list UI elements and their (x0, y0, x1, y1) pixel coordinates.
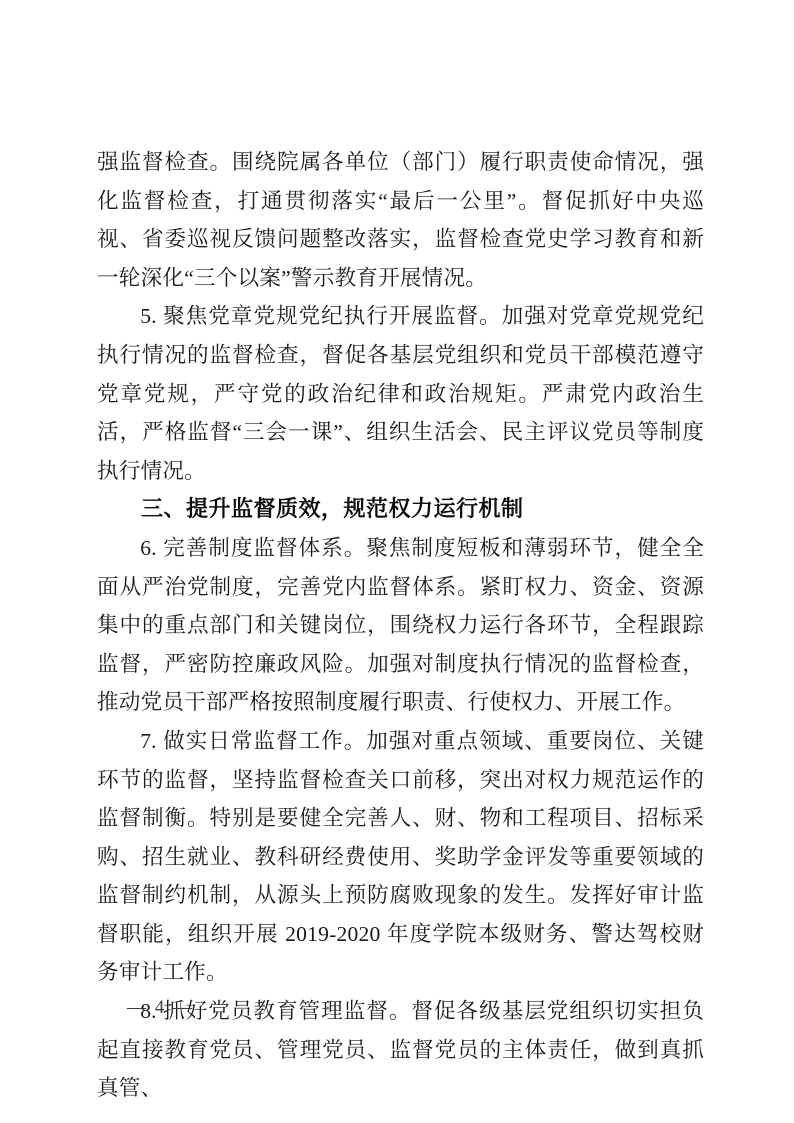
paragraph-item-7: 7. 做实日常监督工作。加强对重点领域、重要岗位、关键环节的监督，坚持监督检查关… (97, 722, 704, 992)
paragraph-item-6: 6. 完善制度监督体系。聚焦制度短板和薄弱环节，健全全面从严治党制度，完善党内监… (97, 529, 704, 722)
section-heading-3: 三、提升监督质效，规范权力运行机制 (97, 490, 704, 529)
paragraph-item-5: 5. 聚焦党章党规党纪执行开展监督。加强对党章党规党纪执行情况的监督检查，督促各… (97, 297, 704, 490)
document-page: 强监督检查。围绕院属各单位（部门）履行职责使命情况，强化监督检查，打通贯彻落实“… (0, 0, 794, 1123)
paragraph-continuation: 强监督检查。围绕院属各单位（部门）履行职责使命情况，强化监督检查，打通贯彻落实“… (97, 143, 704, 297)
document-body: 强监督检查。围绕院属各单位（部门）履行职责使命情况，强化监督检查，打通贯彻落实“… (97, 143, 704, 1108)
page-number: — 4 — (127, 996, 194, 1020)
